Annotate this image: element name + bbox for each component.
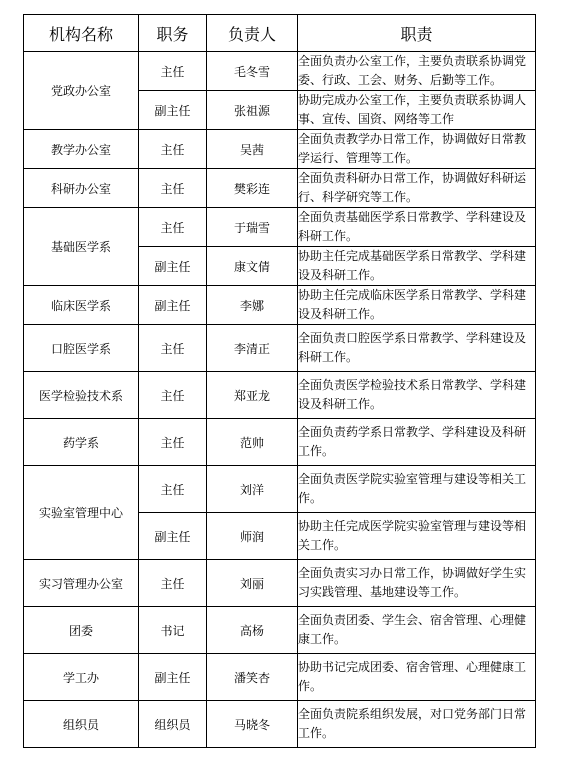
duty-cell: 全面负责院系组织发展，对口党务部门日常工作。 — [298, 701, 536, 748]
org-name-cell: 医学检验技术系 — [24, 372, 139, 419]
org-name-cell: 实习管理办公室 — [24, 560, 139, 607]
org-name-cell: 科研办公室 — [24, 169, 139, 208]
org-responsibility-table: 机构名称 职务 负责人 职责 党政办公室主任毛冬雪全面负责办公室工作，主要负责联… — [23, 14, 536, 748]
title-cell: 副主任 — [139, 247, 207, 286]
person-cell: 潘笑杏 — [207, 654, 298, 701]
person-cell: 李娜 — [207, 286, 298, 325]
title-cell: 副主任 — [139, 286, 207, 325]
person-cell: 张祖源 — [207, 91, 298, 130]
title-cell: 主任 — [139, 208, 207, 247]
org-name-cell: 实验室管理中心 — [24, 466, 139, 560]
table-row: 口腔医学系主任李清正全面负责口腔医学系日常教学、学科建设及科研工作。 — [24, 325, 536, 372]
person-cell: 于瑞雪 — [207, 208, 298, 247]
person-cell: 高杨 — [207, 607, 298, 654]
table-row: 学工办副主任潘笑杏协助书记完成团委、宿舍管理、心理健康工作。 — [24, 654, 536, 701]
table-row: 组织员组织员马晓冬全面负责院系组织发展，对口党务部门日常工作。 — [24, 701, 536, 748]
title-cell: 书记 — [139, 607, 207, 654]
org-name-cell: 药学系 — [24, 419, 139, 466]
person-cell: 师润 — [207, 513, 298, 560]
duty-cell: 全面负责口腔医学系日常教学、学科建设及科研工作。 — [298, 325, 536, 372]
table-row: 科研办公室主任樊彩连全面负责科研办日常工作，协调做好科研运行、科学研究等工作。 — [24, 169, 536, 208]
title-cell: 主任 — [139, 372, 207, 419]
org-name-cell: 教学办公室 — [24, 130, 139, 169]
header-org: 机构名称 — [24, 15, 139, 52]
title-cell: 主任 — [139, 325, 207, 372]
title-cell: 主任 — [139, 169, 207, 208]
duty-cell: 协助主任完成临床医学系日常教学、学科建设及科研工作。 — [298, 286, 536, 325]
duty-cell: 全面负责医学院实验室管理与建设等相关工作。 — [298, 466, 536, 513]
duty-cell: 协助主任完成医学院实验室管理与建设等相关工作。 — [298, 513, 536, 560]
person-cell: 樊彩连 — [207, 169, 298, 208]
org-name-cell: 团委 — [24, 607, 139, 654]
title-cell: 副主任 — [139, 654, 207, 701]
table-row: 医学检验技术系主任郑亚龙全面负责医学检验技术系日常教学、学科建设及科研工作。 — [24, 372, 536, 419]
title-cell: 主任 — [139, 560, 207, 607]
table-row: 党政办公室主任毛冬雪全面负责办公室工作，主要负责联系协调党委、行政、工会、财务、… — [24, 52, 536, 91]
duty-cell: 全面负责团委、学生会、宿舍管理、心理健康工作。 — [298, 607, 536, 654]
person-cell: 李清正 — [207, 325, 298, 372]
org-name-cell: 学工办 — [24, 654, 139, 701]
person-cell: 吴茜 — [207, 130, 298, 169]
duty-cell: 协助书记完成团委、宿舍管理、心理健康工作。 — [298, 654, 536, 701]
duty-cell: 全面负责药学系日常教学、学科建设及科研工作。 — [298, 419, 536, 466]
duty-cell: 全面负责科研办日常工作，协调做好科研运行、科学研究等工作。 — [298, 169, 536, 208]
duty-cell: 全面负责医学检验技术系日常教学、学科建设及科研工作。 — [298, 372, 536, 419]
org-name-cell: 党政办公室 — [24, 52, 139, 130]
person-cell: 马晓冬 — [207, 701, 298, 748]
person-cell: 郑亚龙 — [207, 372, 298, 419]
person-cell: 毛冬雪 — [207, 52, 298, 91]
person-cell: 康文倩 — [207, 247, 298, 286]
duty-cell: 协助完成办公室工作，主要负责联系协调人事、宣传、国资、网络等工作 — [298, 91, 536, 130]
org-name-cell: 组织员 — [24, 701, 139, 748]
person-cell: 刘丽 — [207, 560, 298, 607]
table-row: 实习管理办公室主任刘丽全面负责实习办日常工作，协调做好学生实习实践管理、基地建设… — [24, 560, 536, 607]
duty-cell: 全面负责教学办日常工作，协调做好日常教学运行、管理等工作。 — [298, 130, 536, 169]
header-duty: 职责 — [298, 15, 536, 52]
title-cell: 组织员 — [139, 701, 207, 748]
table-row: 基础医学系主任于瑞雪全面负责基础医学系日常教学、学科建设及科研工作。 — [24, 208, 536, 247]
person-cell: 范帅 — [207, 419, 298, 466]
org-name-cell: 基础医学系 — [24, 208, 139, 286]
org-name-cell: 口腔医学系 — [24, 325, 139, 372]
table-row: 实验室管理中心主任刘洋全面负责医学院实验室管理与建设等相关工作。 — [24, 466, 536, 513]
header-title: 职务 — [139, 15, 207, 52]
table-row: 临床医学系副主任李娜协助主任完成临床医学系日常教学、学科建设及科研工作。 — [24, 286, 536, 325]
title-cell: 主任 — [139, 466, 207, 513]
table-row: 教学办公室主任吴茜全面负责教学办日常工作，协调做好日常教学运行、管理等工作。 — [24, 130, 536, 169]
title-cell: 主任 — [139, 419, 207, 466]
duty-cell: 协助主任完成基础医学系日常教学、学科建设及科研工作。 — [298, 247, 536, 286]
table-row: 药学系主任范帅全面负责药学系日常教学、学科建设及科研工作。 — [24, 419, 536, 466]
header-person: 负责人 — [207, 15, 298, 52]
title-cell: 副主任 — [139, 91, 207, 130]
title-cell: 主任 — [139, 130, 207, 169]
org-name-cell: 临床医学系 — [24, 286, 139, 325]
title-cell: 主任 — [139, 52, 207, 91]
duty-cell: 全面负责实习办日常工作，协调做好学生实习实践管理、基地建设等工作。 — [298, 560, 536, 607]
person-cell: 刘洋 — [207, 466, 298, 513]
title-cell: 副主任 — [139, 513, 207, 560]
duty-cell: 全面负责办公室工作，主要负责联系协调党委、行政、工会、财务、后勤等工作。 — [298, 52, 536, 91]
duty-cell: 全面负责基础医学系日常教学、学科建设及科研工作。 — [298, 208, 536, 247]
header-row: 机构名称 职务 负责人 职责 — [24, 15, 536, 52]
table-row: 团委书记高杨全面负责团委、学生会、宿舍管理、心理健康工作。 — [24, 607, 536, 654]
